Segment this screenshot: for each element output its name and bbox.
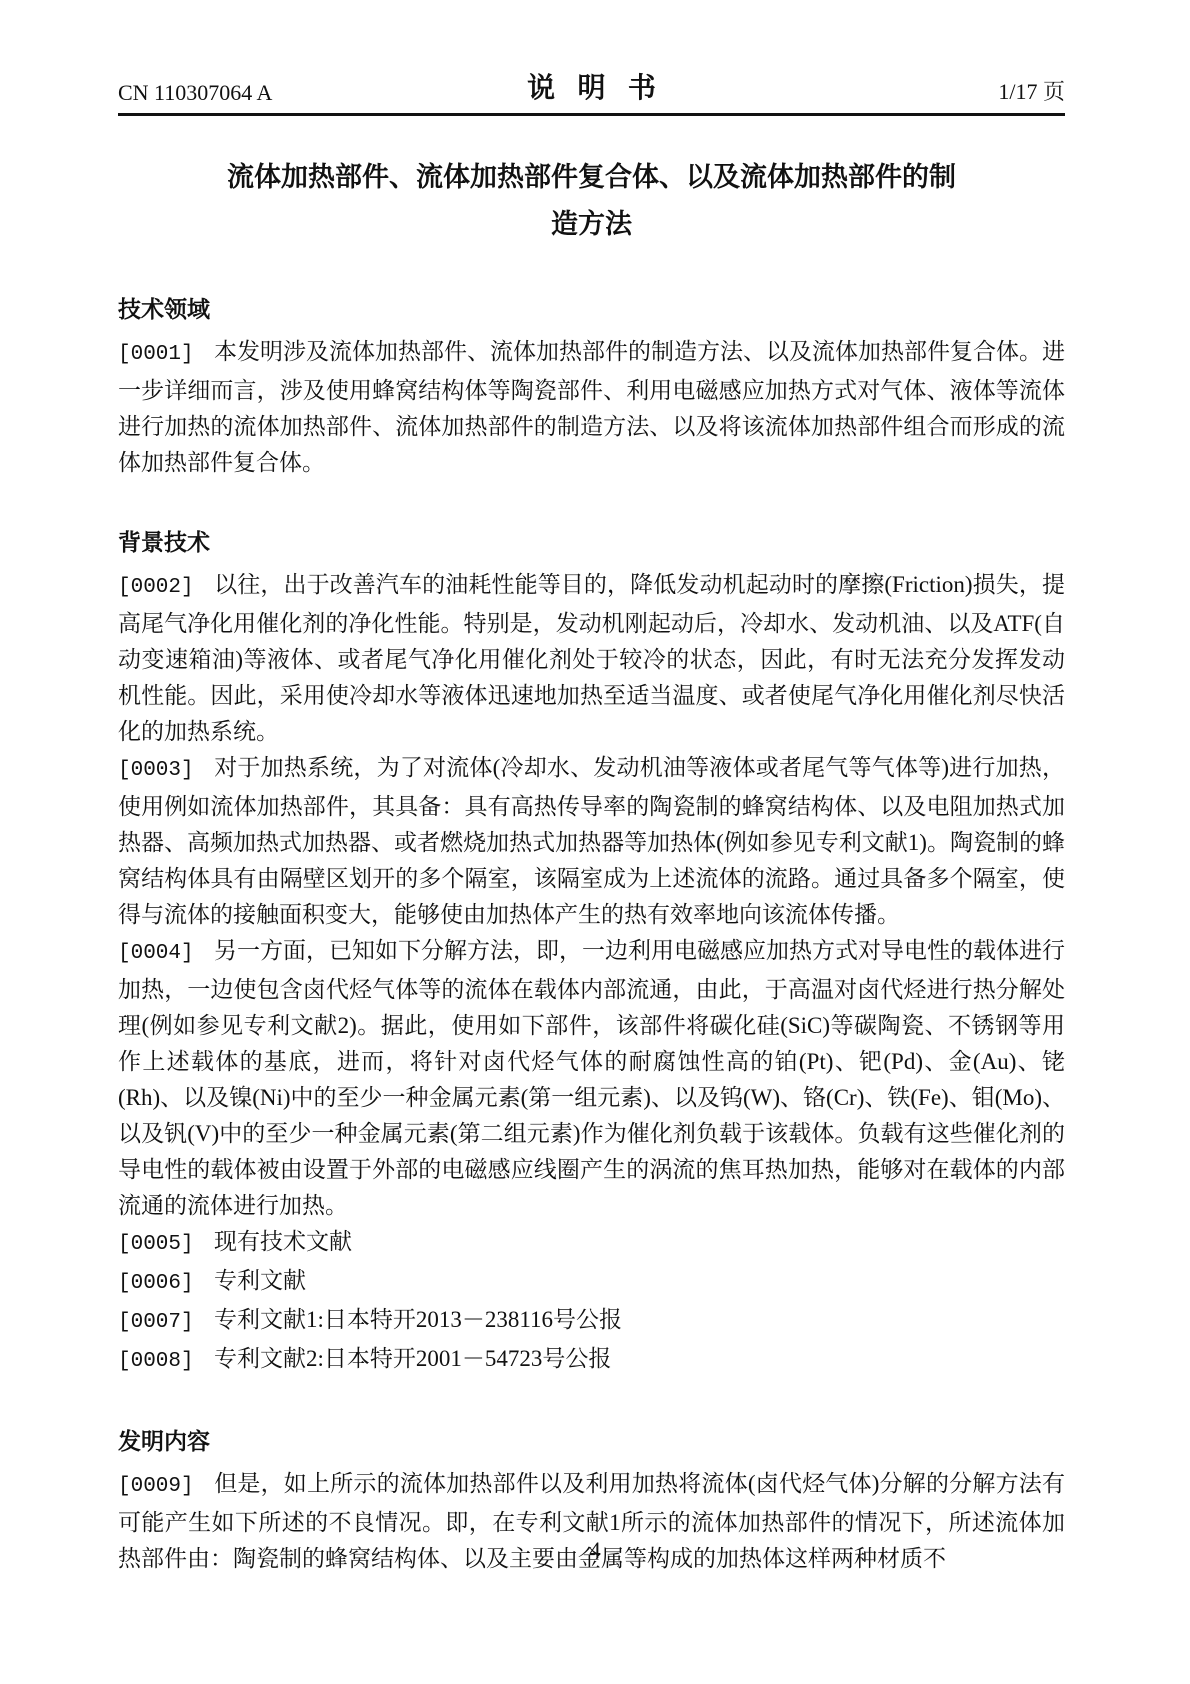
paragraph-number: [0003]: [118, 753, 214, 789]
page-content: CN 110307064 A 说明书 1/17 页 流体加热部件、流体加热部件复…: [0, 0, 1190, 1577]
paragraph-number: [0004]: [118, 936, 214, 972]
paragraph-text: 对于加热系统，为了对流体(冷却水、发动机油等液体或者尾气等气体等)进行加热，使用…: [118, 755, 1065, 927]
doc-header: CN 110307064 A 说明书 1/17 页: [118, 66, 1065, 116]
section-heading: 背景技术: [118, 527, 1065, 557]
paragraph-0005: [0005]现有技术文献: [118, 1224, 1065, 1263]
paragraph-number: [0007]: [118, 1305, 214, 1341]
paragraph-text: 专利文献: [214, 1268, 306, 1293]
doc-type-title: 说明书: [505, 66, 679, 106]
page-number: 4: [0, 1538, 1190, 1564]
paragraph-text: 专利文献2:日本特开2001－54723号公报: [214, 1346, 611, 1371]
patent-title-line-2: 造方法: [118, 201, 1065, 248]
paragraph-text: 专利文献1:日本特开2013－238116号公报: [214, 1307, 622, 1332]
doc-number: CN 110307064 A: [118, 80, 505, 106]
paragraph-text: 本发明涉及流体加热部件、流体加热部件的制造方法、以及流体加热部件复合体。进一步详…: [118, 339, 1065, 475]
paragraph-0003: [0003]对于加热系统，为了对流体(冷却水、发动机油等液体或者尾气等气体等)进…: [118, 750, 1065, 933]
paragraph-number: [0005]: [118, 1227, 214, 1263]
paragraph-0002: [0002]以往，出于改善汽车的油耗性能等目的，降低发动机起动时的摩擦(Fric…: [118, 567, 1065, 750]
patent-specification-page: CN 110307064 A 说明书 1/17 页 流体加热部件、流体加热部件复…: [0, 0, 1190, 1684]
patent-title: 流体加热部件、流体加热部件复合体、以及流体加热部件的制 造方法: [118, 154, 1065, 248]
paragraph-text: 现有技术文献: [214, 1229, 352, 1254]
paragraph-number: [0009]: [118, 1469, 214, 1505]
section-technical-field: 技术领域 [0001]本发明涉及流体加热部件、流体加热部件的制造方法、以及流体加…: [118, 294, 1065, 481]
section-background-art: 背景技术 [0002]以往，出于改善汽车的油耗性能等目的，降低发动机起动时的摩擦…: [118, 527, 1065, 1380]
paragraph-text: 另一方面，已知如下分解方法，即，一边利用电磁感应加热方式对导电性的载体进行加热，…: [118, 938, 1065, 1218]
section-heading: 技术领域: [118, 294, 1065, 324]
paragraph-number: [0001]: [118, 337, 214, 373]
paragraph-text: 以往，出于改善汽车的油耗性能等目的，降低发动机起动时的摩擦(Friction)损…: [118, 572, 1065, 744]
section-heading: 发明内容: [118, 1426, 1065, 1456]
paragraph-0008: [0008]专利文献2:日本特开2001－54723号公报: [118, 1341, 1065, 1380]
page-indicator: 1/17 页: [678, 75, 1065, 106]
paragraph-number: [0008]: [118, 1344, 214, 1380]
paragraph-number: [0002]: [118, 570, 214, 606]
paragraph-0006: [0006]专利文献: [118, 1263, 1065, 1302]
paragraph-0001: [0001]本发明涉及流体加热部件、流体加热部件的制造方法、以及流体加热部件复合…: [118, 334, 1065, 481]
paragraph-0007: [0007]专利文献1:日本特开2013－238116号公报: [118, 1302, 1065, 1341]
paragraph-number: [0006]: [118, 1266, 214, 1302]
paragraph-0004: [0004]另一方面，已知如下分解方法，即，一边利用电磁感应加热方式对导电性的载…: [118, 933, 1065, 1224]
patent-title-line-1: 流体加热部件、流体加热部件复合体、以及流体加热部件的制: [118, 154, 1065, 201]
